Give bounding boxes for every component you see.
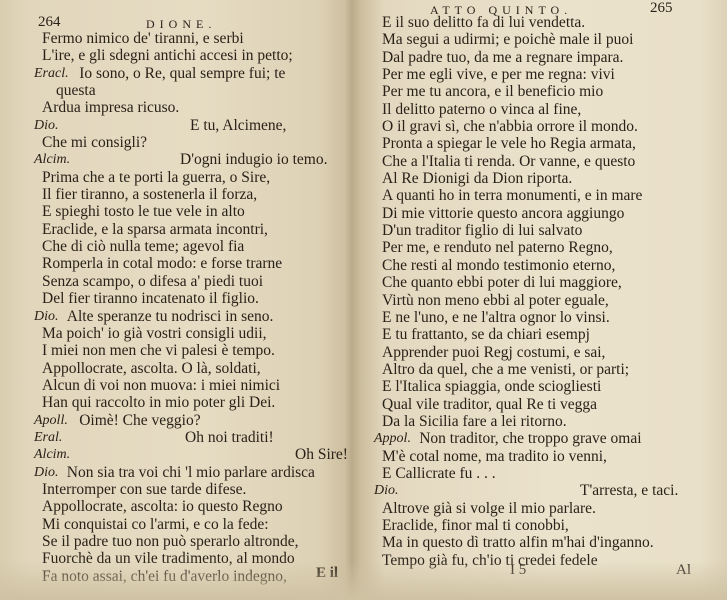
verse-text: A quanti ho in terra monumenti, e in mar… — [382, 187, 642, 204]
verse-text: L'ire, e gli sdegni antichi accesi in pe… — [42, 47, 293, 64]
verse-text: Che mi consigli? — [42, 134, 147, 151]
verse-text: Han qui raccolto in mio poter gli Dei. — [42, 394, 275, 411]
verse-text: Da la Sicilia fare a lei ritorno. — [382, 413, 567, 430]
verse-text: M'è cotal nome, ma tradito io venni, — [382, 448, 607, 465]
speaker-label: Eracl. — [34, 65, 69, 82]
verse-text: Che di ciò nulla teme; agevol fia — [42, 238, 244, 255]
verse-text: Altrove già si volge il mio parlare. — [382, 500, 596, 517]
verse-text: Che quanto ebbi poter di lui maggiore, — [382, 274, 622, 291]
verse-text: E Callicrate fu . . . — [382, 465, 496, 482]
speaker-label: Dio. — [374, 482, 399, 499]
verse-text: Interromper con sue tarde difese. — [42, 481, 246, 498]
verse-text: T'arresta, e taci. — [580, 482, 678, 499]
verse-text: Se il padre tuo non può sperarlo altrond… — [42, 533, 299, 550]
verse-text: Fermo nimico de' tiranni, e serbi — [42, 30, 244, 47]
verse-text: Apprender puoi Regj costumi, e sai, — [382, 344, 605, 361]
verse-text: Per me tu ancora, e il beneficio mio — [382, 83, 603, 100]
verse-text: Ma in questo dì tratto alfin m'hai d'ing… — [382, 534, 654, 551]
speaker-label: Alcim. — [34, 151, 70, 168]
verse-text: E il suo delitto fa di lui vendetta. — [382, 14, 585, 31]
verse-text: E tu, Alcimene, — [190, 117, 286, 134]
verse-text: Appollocrate, ascolta. O là, soldati, — [42, 360, 261, 377]
verse-text: Per me, e renduto nel paterno Regno, — [382, 239, 613, 256]
verse-text: Mi conquistai co l'armi, e co la fede: — [42, 516, 269, 533]
right-page: ATTO QUINTO. 265 E il suo delitto fa di … — [358, 0, 727, 600]
page-number: 265 — [650, 0, 673, 17]
verse-text: Dal padre tuo, da me a regnare impara. — [382, 49, 623, 66]
signature-mark: I 5 — [510, 562, 526, 579]
verse-text: Il fier tiranno, a sostenerla il forza, — [42, 186, 257, 203]
verse-text: Romperla in cotal modo: e forse trarne — [42, 255, 282, 272]
verse-text: E tu frattanto, se da chiari esempj — [382, 326, 590, 343]
verse-text: Oimè! Che veggio? — [79, 412, 200, 429]
speaker-label: Eral. — [34, 429, 62, 446]
verse-text: Non traditor, che troppo grave omai — [419, 430, 641, 447]
verse-text: Altro da quel, che a me venisti, or part… — [382, 361, 629, 378]
verse-text: Il delitto paterno o vinca al fine, — [382, 101, 581, 118]
verse-text: Senza scampo, o difesa a' piedi tuoi — [42, 273, 263, 290]
verse-text: Oh noi traditi! — [185, 429, 274, 446]
verse-text: Che resti al mondo testimonio eterno, — [382, 257, 615, 274]
verse-text: Ma poich' io già vostri consigli udii, — [42, 325, 267, 342]
verse-text: O il gravi sì, che n'abbia orrore il mon… — [382, 118, 638, 135]
verse-text: Eraclide, e la sparsa armata incontri, — [42, 221, 268, 238]
verse-text: Oh Sire! — [295, 446, 348, 463]
left-page: 264 DIONE. Fermo nimico de' tiranni, e s… — [0, 0, 350, 600]
verse-text: Del fier tiranno incatenato il figlio. — [42, 290, 259, 307]
catchword: Al — [676, 562, 691, 579]
verse-text: questa — [56, 82, 96, 99]
verse-text: D'un traditor figlio di lui salvato — [382, 222, 582, 239]
verse-text: Ma segui a udirmi; e poichè male il puoi — [382, 31, 633, 48]
verse-text: Non sia tra voi chi 'l mio parlare ardis… — [67, 464, 315, 481]
speaker-label: Dio. — [34, 308, 59, 325]
verse-text: E l'Italica spiaggia, onde sciogliesti — [382, 378, 601, 395]
verse-text: Fa noto assai, ch'ei fu d'averlo indegno… — [42, 568, 287, 585]
verse-text: Io sono, o Re, qual sempre fui; te — [79, 65, 285, 82]
verse-text: Che a l'Italia ti renda. Or vanne, e que… — [382, 153, 635, 170]
verse-text: Di mie vittorie questo ancora aggiungo — [382, 205, 624, 222]
verse-text: D'ogni indugio io temo. — [180, 151, 327, 168]
speaker-label: Appol. — [374, 430, 411, 447]
speaker-label: Dio. — [34, 117, 59, 134]
verse-text: E spieghi tosto le tue vele in alto — [42, 203, 245, 220]
verse-text: E ne l'uno, e ne l'altra ognor lo vinsi. — [382, 309, 610, 326]
speaker-label: Alcim. — [34, 446, 70, 463]
verse-text: Eraclide, finor mal ti conobbi, — [382, 517, 569, 534]
verse-text: Ardua impresa ricuso. — [42, 99, 179, 116]
verse-text: Fuorchè da un vile tradimento, al mondo — [42, 550, 295, 567]
page-number: 264 — [38, 14, 61, 31]
verse-text: Per me egli vive, e per me regna: vivi — [382, 66, 615, 83]
verse-text: Appollocrate, ascolta: io questo Regno — [42, 498, 283, 515]
verse-text: Alcun di voi non muova: i miei nimici — [42, 377, 280, 394]
verse-text: Tempo già fu, ch'io ti credei fedele — [382, 552, 598, 569]
speaker-label: Apoll. — [34, 412, 68, 429]
verse-text: Qual vile traditor, qual Re ti vegga — [382, 396, 597, 413]
speaker-label: Dio. — [34, 464, 59, 481]
catchword: E il — [316, 565, 338, 582]
verse-text: I miei non men che vi palesi è tempo. — [42, 342, 275, 359]
verse-text: Prima che a te porti la guerra, o Sire, — [42, 169, 270, 186]
verse-text: Al Re Dionigi da Dion riporta. — [382, 170, 572, 187]
verse-text: Virtù non meno ebbi al poter eguale, — [382, 292, 609, 309]
verse-text: Alte speranze tu nodrisci in seno. — [67, 308, 274, 325]
book-spread: 264 DIONE. Fermo nimico de' tiranni, e s… — [0, 0, 727, 600]
verse-text: Pronta a spiegar le vele ho Regia armata… — [382, 135, 636, 152]
